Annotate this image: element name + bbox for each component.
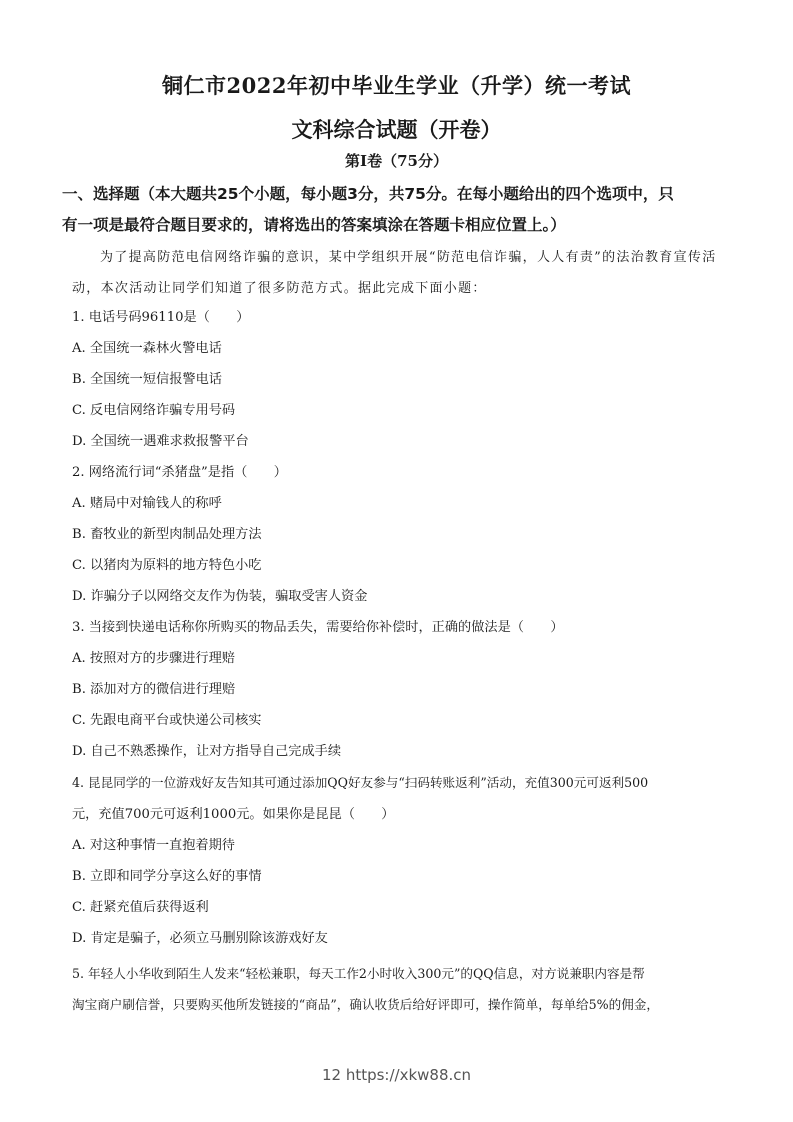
question-1-option-c: C. 反电信网络诈骗专用号码 (72, 399, 235, 418)
question-4-option-a: A. 对这种事情一直抱着期待 (72, 834, 235, 853)
question-2-option-d: D. 诈骗分子以网络交友作为伪装，骗取受害人资金 (72, 585, 367, 604)
question-2-option-a: A. 赌局中对输钱人的称呼 (72, 492, 222, 511)
question-4-option-b: B. 立即和同学分享这么好的事情 (72, 865, 262, 884)
question-1-stem: 1. 电话号码96110是（ ） (72, 306, 249, 325)
question-1-option-d: D. 全国统一遇难求救报警平台 (72, 430, 249, 449)
question-4-option-d: D. 肯定是骗子，必须立马删别除该游戏好友 (72, 927, 328, 946)
part-label: 第I卷（75分） (0, 150, 793, 171)
section-heading-line2: 有一项是最符合题目要求的，请将选出的答案填涂在答题卡相应位置上。） (62, 213, 566, 235)
question-2-stem: 2. 网络流行词“杀猪盘”是指（ ） (72, 461, 287, 480)
exam-title: 铜仁市2022年初中毕业生学业（升学）统一考试 (0, 70, 793, 100)
exam-subtitle: 文科综合试题（开卷） (0, 114, 793, 144)
question-4-option-c: C. 赶紧充值后获得返利 (72, 896, 209, 915)
question-3-option-b: B. 添加对方的微信进行理赔 (72, 678, 235, 697)
intro-line2: 动，本次活动让同学们知道了很多防范方式。据此完成下面小题： (72, 277, 487, 296)
question-3-option-c: C. 先跟电商平台或快递公司核实 (72, 709, 261, 728)
exam-page: 铜仁市2022年初中毕业生学业（升学）统一考试 文科综合试题（开卷） 第I卷（7… (0, 0, 793, 1122)
question-4-stem-line1: 4. 昆昆同学的一位游戏好友告知其可通过添加QQ好友参与“扫码转账返利”活动，充… (72, 772, 648, 791)
question-3-stem: 3. 当接到快递电话称你所购买的物品丢失，需要给你补偿时，正确的做法是（ ） (72, 616, 564, 635)
question-1-option-b: B. 全国统一短信报警电话 (72, 368, 222, 387)
question-2-option-c: C. 以猪肉为原料的地方特色小吃 (72, 554, 261, 573)
section-heading-line1: 一、选择题（本大题共25个小题，每小题3分，共75分。在每小题给出的四个选项中，… (62, 182, 674, 204)
question-1-option-a: A. 全国统一森林火警电话 (72, 337, 222, 356)
page-footer: 12 https://xkw88.cn (0, 1066, 793, 1084)
question-5-stem-line2: 淘宝商户刷信誉，只要购买他所发链接的“商品”，确认收货后给好评即可，操作简单，每… (72, 994, 659, 1013)
intro-line1: 为了提高防范电信网络诈骗的意识，某中学组织开展“防范电信诈骗，人人有责”的法治教… (100, 246, 717, 265)
question-4-stem-line2: 元，充值700元可返利1000元。如果你是昆昆（ ） (72, 803, 394, 822)
question-5-stem-line1: 5. 年轻人小华收到陌生人发来“轻松兼职，每天工作2小时收入300元”的QQ信息… (72, 963, 645, 982)
question-3-option-a: A. 按照对方的步骤进行理赔 (72, 647, 235, 666)
question-2-option-b: B. 畜牧业的新型肉制品处理方法 (72, 523, 262, 542)
question-3-option-d: D. 自己不熟悉操作，让对方指导自己完成手续 (72, 740, 341, 759)
